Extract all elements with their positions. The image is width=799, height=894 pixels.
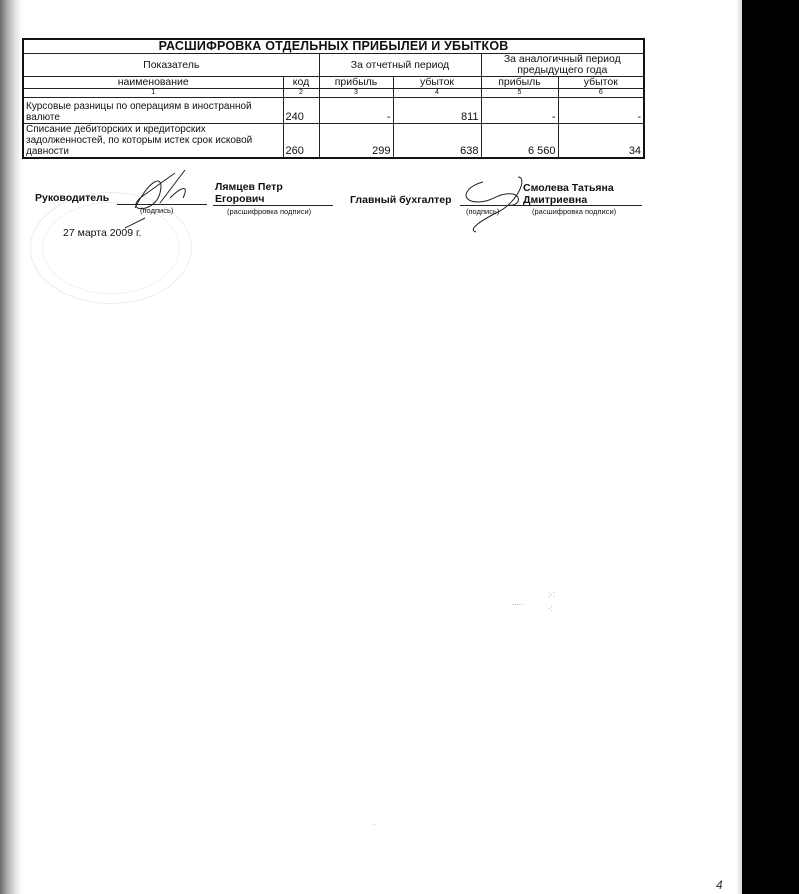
accountant-name-line1: Смолева Татьяна: [523, 182, 614, 194]
col-header-previous-loss: убыток: [558, 77, 644, 89]
row-previous-loss: 34: [558, 124, 644, 159]
row-name: Списание дебиторских и кредиторских задо…: [23, 124, 283, 159]
signing-date: 27 марта 2009 г.: [63, 227, 141, 239]
col-number: 6: [558, 89, 644, 98]
accountant-name-line: [520, 205, 642, 206]
row-current-profit: 299: [319, 124, 393, 159]
accountant-label: Главный бухгалтер: [350, 194, 452, 206]
header-indicator: Показатель: [23, 54, 319, 77]
header-current-period: За отчетный период: [319, 54, 481, 77]
col-header-previous-profit: прибыль: [481, 77, 558, 89]
header-previous-period: За аналогичный период предыдущего года: [481, 54, 644, 77]
row-code: 260: [283, 124, 319, 159]
col-number: 4: [393, 89, 481, 98]
head-name-line2: Егорович: [215, 193, 265, 205]
accountant-name-caption: (расшифровка подписи): [532, 207, 616, 216]
col-header-current-profit: прибыль: [319, 77, 393, 89]
col-header-name: наименование: [23, 77, 283, 89]
row-current-loss: 638: [393, 124, 481, 159]
head-name-line: [213, 205, 333, 206]
profit-loss-table: РАСШИФРОВКА ОТДЕЛЬНЫХ ПРИБЫЛЕЙ И УБЫТКОВ…: [22, 38, 645, 159]
scan-right-black-bar: [742, 0, 799, 894]
row-current-profit: -: [319, 98, 393, 124]
head-name-caption: (расшифровка подписи): [227, 207, 311, 216]
page-mark: 4: [716, 878, 723, 892]
col-number: 3: [319, 89, 393, 98]
col-header-code: код: [283, 77, 319, 89]
accountant-sign-caption: (подпись): [466, 207, 499, 216]
accountant-signature-scribble: [458, 172, 528, 234]
row-name: Курсовые разницы по операциям в иностран…: [23, 98, 283, 124]
row-previous-profit: -: [481, 98, 558, 124]
table-title: РАСШИФРОВКА ОТДЕЛЬНЫХ ПРИБЫЛЕЙ И УБЫТКОВ: [23, 39, 644, 54]
col-number: 1: [23, 89, 283, 98]
scan-left-shadow: [0, 0, 22, 894]
head-sign-caption: (подпись): [140, 206, 173, 215]
col-header-current-loss: убыток: [393, 77, 481, 89]
row-previous-loss: -: [558, 98, 644, 124]
table-row: Списание дебиторских и кредиторских задо…: [23, 124, 644, 159]
scan-noise: .....: [512, 598, 523, 607]
scan-noise: :·:: [548, 590, 555, 599]
head-label: Руководитель: [35, 192, 109, 204]
row-previous-profit: 6 560: [481, 124, 558, 159]
scan-noise: ·: [373, 820, 376, 829]
scan-noise: ·:: [548, 604, 553, 613]
col-number: 2: [283, 89, 319, 98]
row-code: 240: [283, 98, 319, 124]
head-signature-scribble: [105, 168, 205, 230]
row-current-loss: 811: [393, 98, 481, 124]
table-row: Курсовые разницы по операциям в иностран…: [23, 98, 644, 124]
col-number: 5: [481, 89, 558, 98]
head-name-line1: Лямцев Петр: [215, 181, 283, 193]
